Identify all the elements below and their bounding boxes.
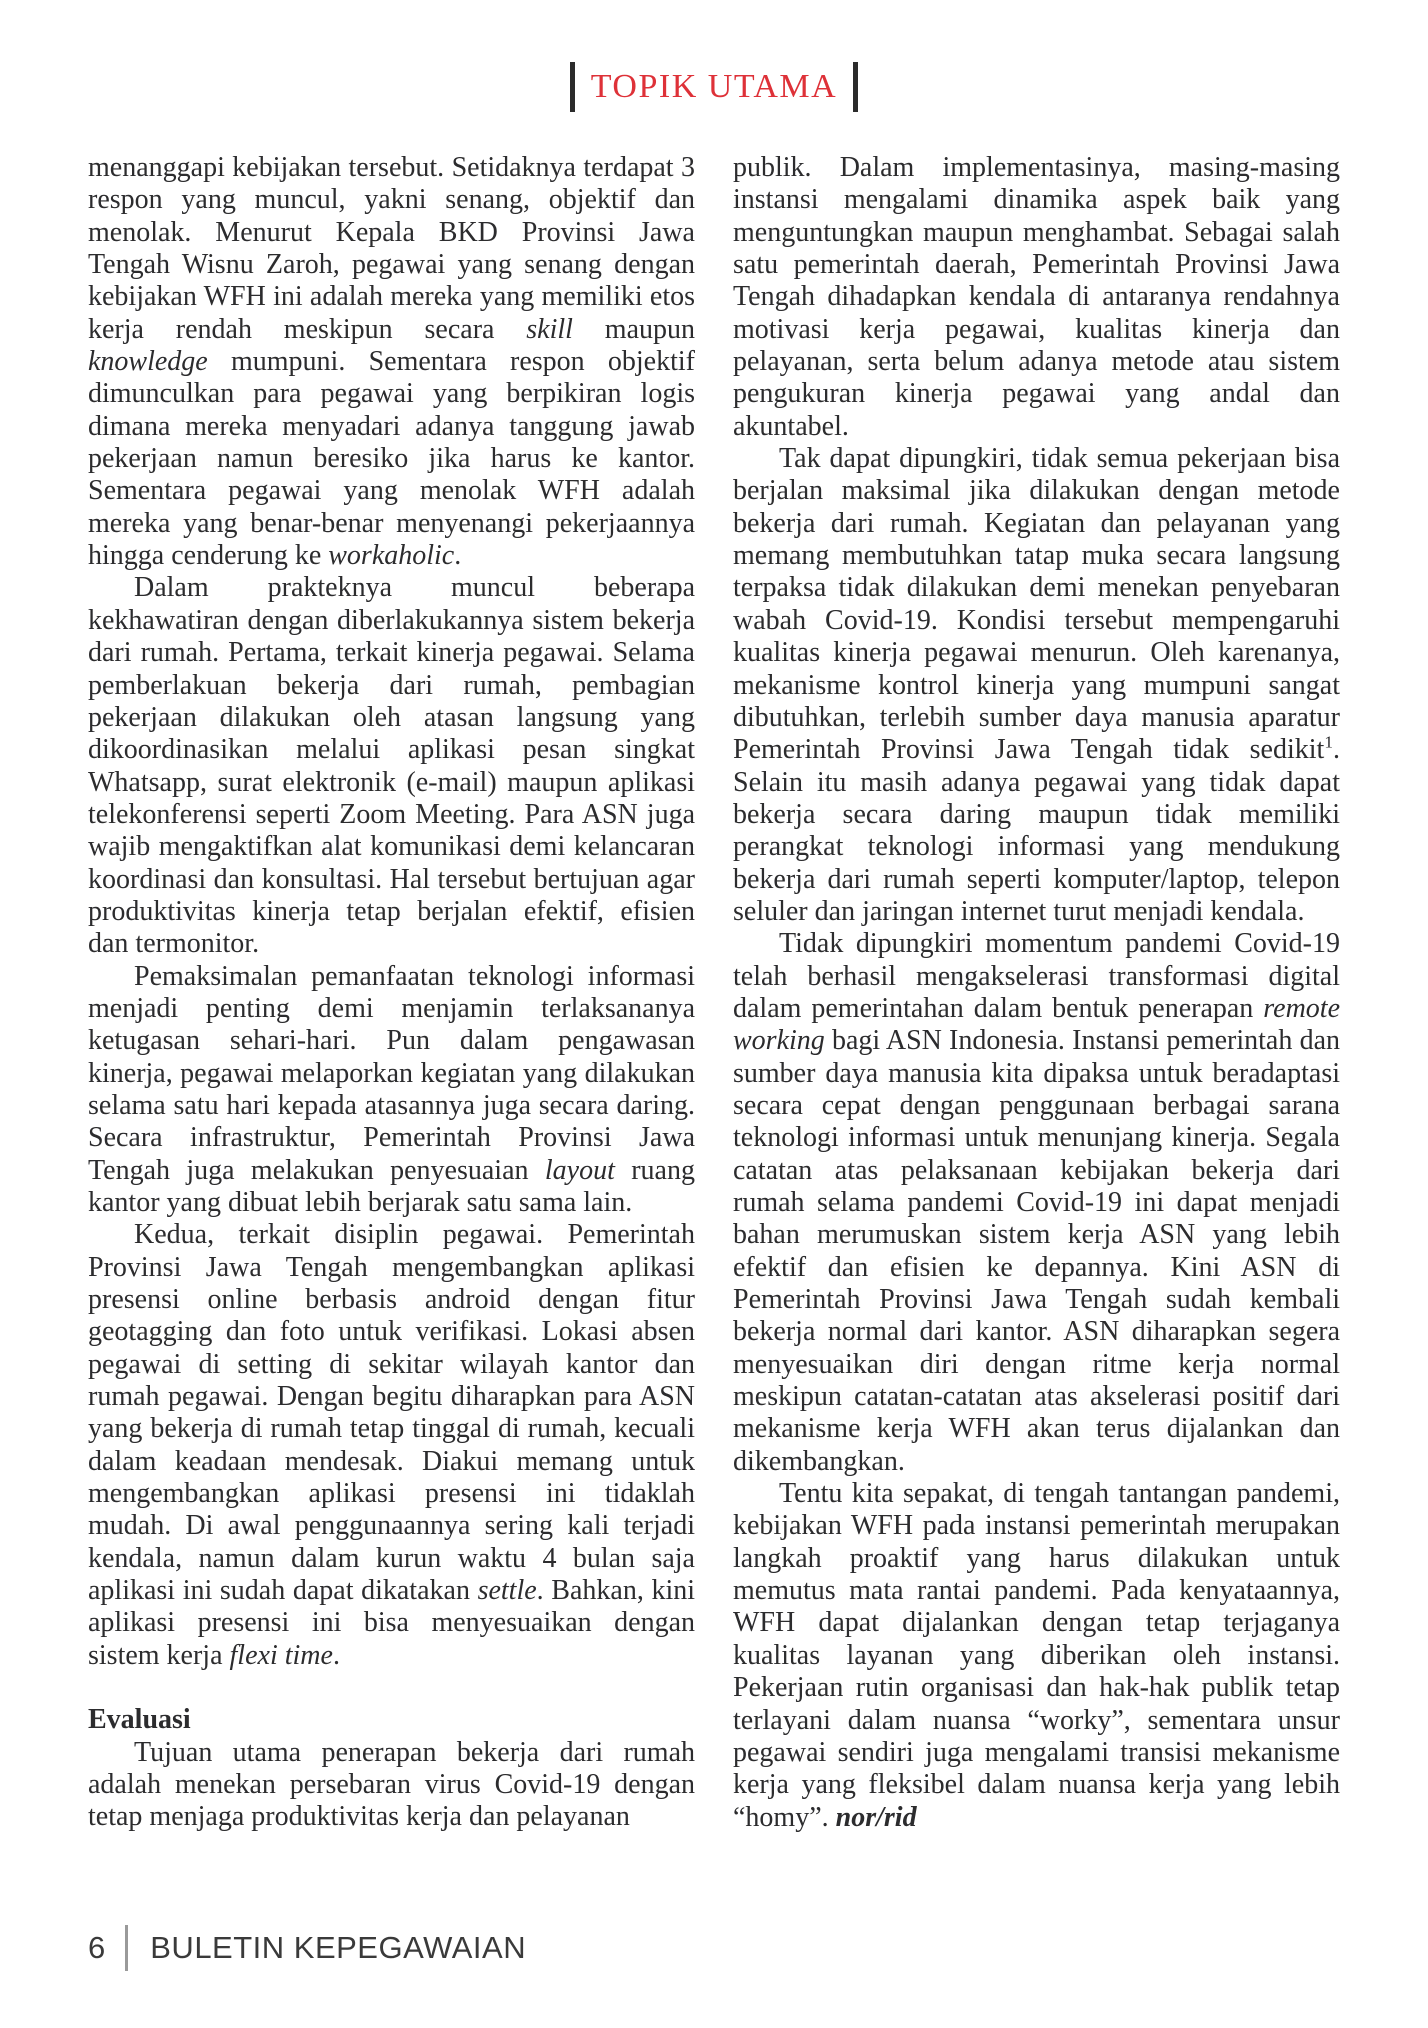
paragraph: Dalam prakteknya muncul beberapa kekhawa… xyxy=(88,572,695,960)
paragraph: Tak dapat dipungkiri, tidak semua pekerj… xyxy=(733,443,1340,928)
page-number: 6 xyxy=(88,1930,105,1966)
paragraph: Tujuan utama penerapan bekerja dari ruma… xyxy=(88,1737,695,1834)
article-body: menanggapi kebijakan tersebut. Setidakny… xyxy=(88,152,1340,1834)
title-rule-right xyxy=(853,62,858,112)
magazine-page: TOPIK UTAMA menanggapi kebijakan tersebu… xyxy=(0,0,1428,2028)
footer-divider xyxy=(125,1925,128,1971)
page-title: TOPIK UTAMA xyxy=(591,68,837,106)
column-left: menanggapi kebijakan tersebut. Setidakny… xyxy=(88,152,695,1834)
column-right: publik. Dalam implementasinya, masing-ma… xyxy=(733,152,1340,1834)
section-heading: Evaluasi xyxy=(88,1704,695,1736)
paragraph: publik. Dalam implementasinya, masing-ma… xyxy=(733,152,1340,443)
publication-name: BULETIN KEPEGAWAIAN xyxy=(150,1930,526,1966)
paragraph: menanggapi kebijakan tersebut. Setidakny… xyxy=(88,152,695,572)
paragraph: Pemaksimalan pemanfaatan teknologi infor… xyxy=(88,961,695,1220)
paragraph: Tentu kita sepakat, di tengah tantangan … xyxy=(733,1478,1340,1834)
title-rule-left xyxy=(570,62,575,112)
section-header: TOPIK UTAMA xyxy=(0,62,1428,112)
page-footer: 6 BULETIN KEPEGAWAIAN xyxy=(88,1924,526,1972)
paragraph: Tidak dipungkiri momentum pandemi Covid-… xyxy=(733,928,1340,1478)
paragraph: Kedua, terkait disiplin pegawai. Pemerin… xyxy=(88,1219,695,1672)
